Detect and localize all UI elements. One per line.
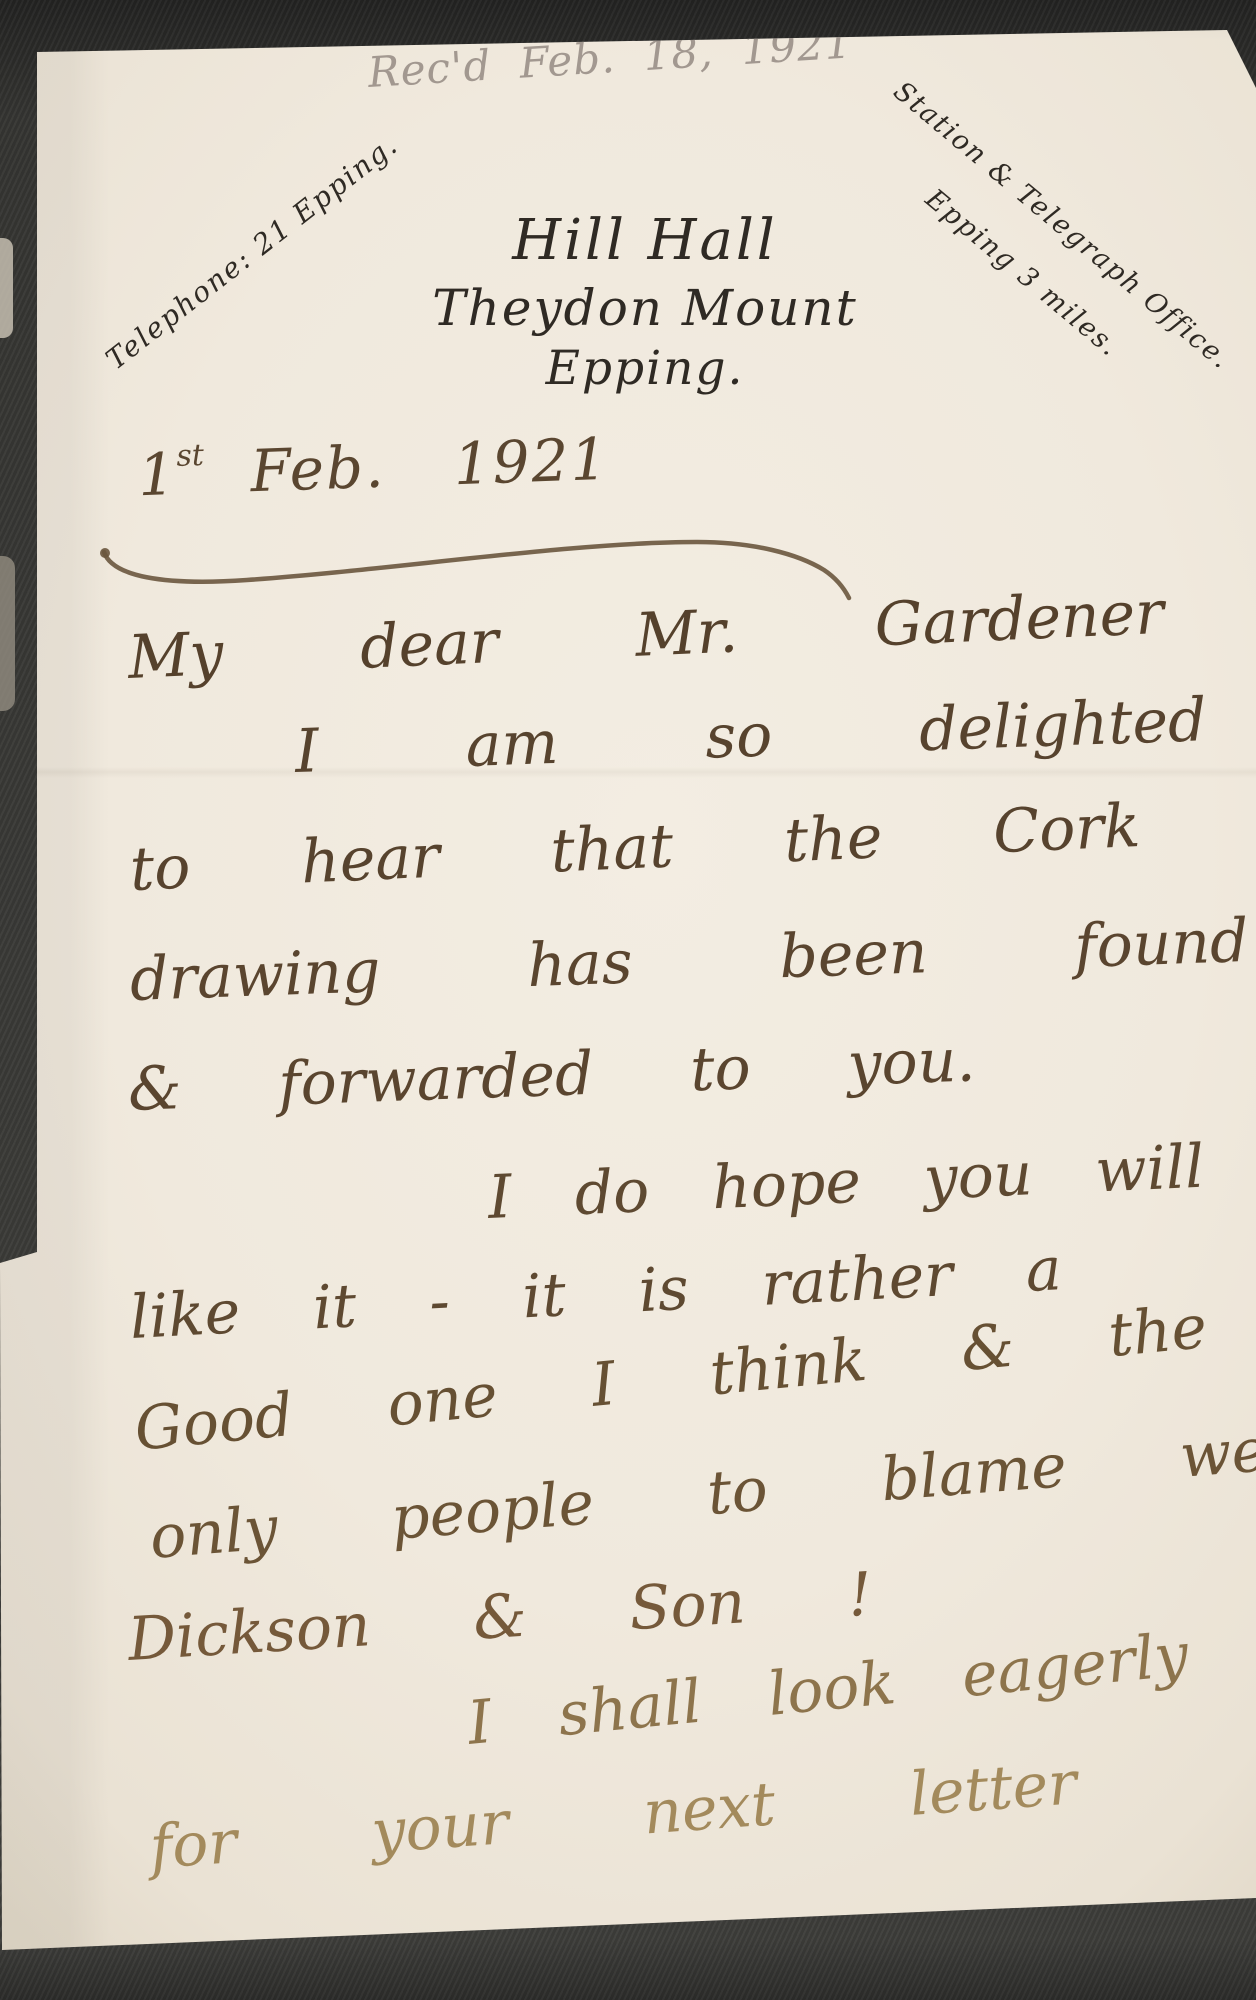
body-line: drawing has been found	[129, 911, 1249, 1010]
handwritten-date: 1stFeb. 1921	[137, 424, 610, 509]
letterhead-locality: Theydon Mount	[395, 279, 895, 337]
letterhead-address: Hill Hall Theydon Mount Epping.	[395, 208, 895, 396]
body-line: I do hope you will	[487, 1137, 1206, 1228]
letterhead-station-info: Station & Telegraph Office. Epping 3 mil…	[837, 64, 1246, 436]
body-line: I am so delighted	[294, 690, 1207, 782]
body-line: Dickson & Son !	[126, 1565, 874, 1670]
body-line: to hear that the Cork	[129, 796, 1142, 900]
body-line: & forwarded to you.	[127, 1030, 976, 1120]
underlying-page-edge	[0, 238, 13, 338]
letter-paper: Rec'd Feb. 18, 1921 Telephone: 21 Epping…	[0, 0, 1256, 2000]
date-month-year: Feb. 1921	[249, 425, 610, 505]
body-line: for your next letter	[148, 1753, 1079, 1878]
date-day: 1	[137, 440, 178, 509]
date-ordinal: st	[176, 438, 205, 474]
letterhead-telephone: Telephone: 21 Epping.	[100, 128, 405, 376]
letterhead-house-name: Hill Hall	[395, 208, 895, 273]
letterhead-town: Epping.	[395, 341, 895, 396]
date-underline-flourish	[92, 512, 872, 607]
underlying-page-edge	[0, 556, 15, 711]
